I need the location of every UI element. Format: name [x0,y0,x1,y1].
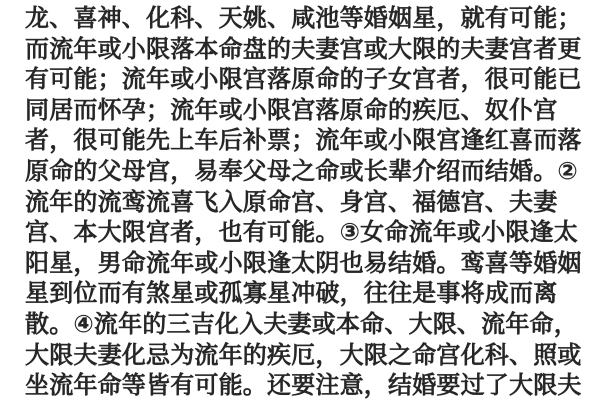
text-line: 者，很可能先上车后补票；流年或小限宫逢红喜而落 [25,126,580,157]
text-line: 流年的流鸾流喜飞入原命宫、身宫、福德宫、夫妻 [25,188,580,219]
article-text-block: 龙、喜神、化科、天姚、咸池等婚姻星，就有可能； 而流年或小限落本命盘的夫妻宫或大… [0,0,600,400]
text-line: 阳星，男命流年或小限逢太阴也易结婚。鸾喜等婚姻 [25,249,580,280]
text-line: 原命的父母宫，易奉父母之命或长辈介绍而结婚。② [25,157,580,188]
text-line: 同居而怀孕；流年或小限宫落原命的疾厄、奴仆宫 [25,96,580,127]
text-line: 星到位而有煞星或孤寡星冲破，往往是事将成而离 [25,279,580,310]
text-line: 坐流年命等皆有可能。还要注意，结婚要过了大限夫 [25,371,580,400]
text-line: 宫、本大限宫者，也有可能。③女命流年或小限逢太 [25,218,580,249]
text-line: 龙、喜神、化科、天姚、咸池等婚姻星，就有可能； [25,4,580,35]
text-line: 大限夫妻化忌为流年的疾厄，大限之命宫化科、照或 [25,341,580,372]
text-line: 散。④流年的三吉化入夫妻或本命、大限、流年命， [25,310,580,341]
text-line: 有可能；流年或小限宫落原命的子女宫者，很可能已 [25,65,580,96]
text-line: 而流年或小限落本命盘的夫妻宫或大限的夫妻宫者更 [25,35,580,66]
